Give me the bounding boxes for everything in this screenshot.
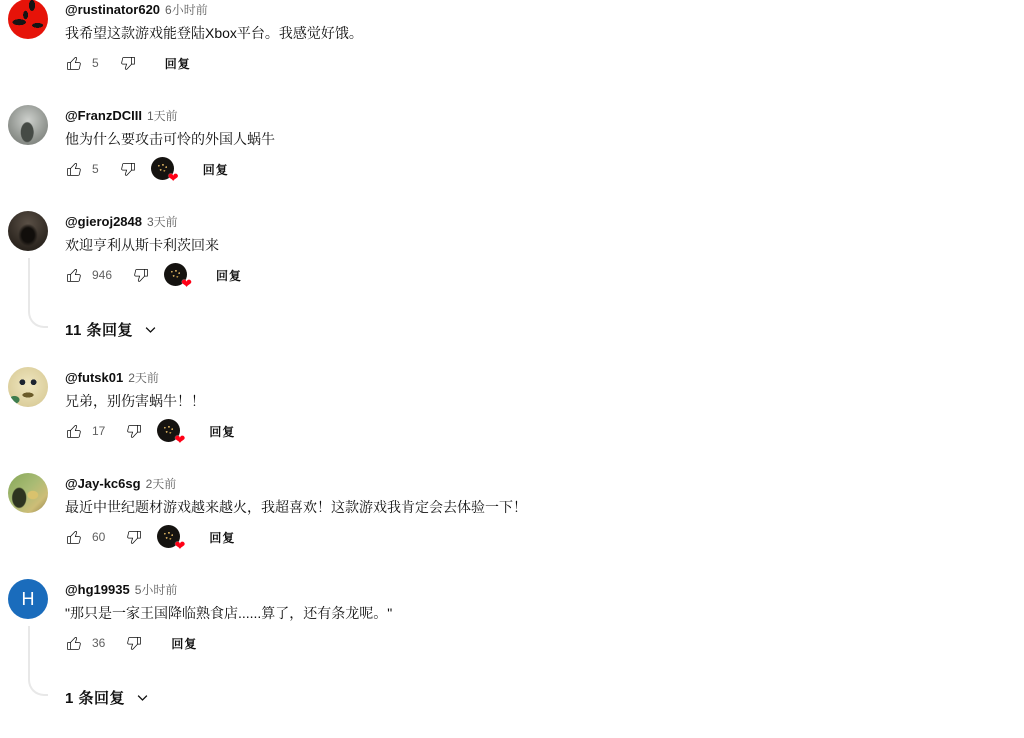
like-count: 17 xyxy=(92,424,105,438)
comment-body: @Jay-kc6sg2天前 最近中世纪题材游戏越来越火，我超喜欢！这款游戏我肯定… xyxy=(65,476,828,551)
like-count: 60 xyxy=(92,530,105,544)
dislike-button[interactable] xyxy=(119,54,137,72)
dislike-button[interactable] xyxy=(125,528,143,546)
comment-text: "那只是一家王国降临熟食店......算了，还有条龙呢。" xyxy=(65,603,828,623)
comment: H @hg199355小时前 "那只是一家王国降临熟食店......算了，还有条… xyxy=(8,582,828,678)
chevron-down-icon xyxy=(143,322,158,337)
comment-header: @Jay-kc6sg2天前 xyxy=(65,476,828,492)
commenter-avatar[interactable] xyxy=(8,473,48,513)
like-button[interactable] xyxy=(65,634,83,652)
dislike-button[interactable] xyxy=(125,422,143,440)
comment-text: 他为什么要攻击可怜的外国人蜗牛 xyxy=(65,129,828,149)
thumb-down-icon xyxy=(132,266,150,284)
comment-header: @rustinator6206小时前 xyxy=(65,2,828,18)
comment-author[interactable]: @rustinator620 xyxy=(65,2,160,17)
thumb-up-icon xyxy=(65,160,83,178)
comment-timestamp[interactable]: 5小时前 xyxy=(135,583,178,597)
comment-text: 欢迎亨利从斯卡利茨回来 xyxy=(65,235,828,255)
comment-actions: 5 回复 xyxy=(65,49,828,77)
thumb-up-icon xyxy=(65,422,83,440)
creator-heart-badge[interactable]: ❤ xyxy=(164,263,188,287)
reply-button[interactable]: 回复 xyxy=(209,529,235,546)
comment-body: @hg199355小时前 "那只是一家王国降临熟食店......算了，还有条龙呢… xyxy=(65,582,828,678)
dislike-button[interactable] xyxy=(125,634,143,652)
comment-timestamp[interactable]: 3天前 xyxy=(147,215,178,229)
comment-author[interactable]: @Jay-kc6sg xyxy=(65,476,141,491)
comment: @gieroj28483天前 欢迎亨利从斯卡利茨回来 946 ❤ 回复 11 条… xyxy=(8,214,828,339)
thumb-up-icon xyxy=(65,528,83,546)
comment-body: @FranzDCIII1天前 他为什么要攻击可怜的外国人蜗牛 5 ❤ 回复 xyxy=(65,108,828,183)
reply-button[interactable]: 回复 xyxy=(216,267,242,284)
like-button[interactable] xyxy=(65,422,83,440)
thumb-down-icon xyxy=(125,634,143,652)
creator-heart-badge[interactable]: ❤ xyxy=(157,419,181,443)
heart-icon: ❤ xyxy=(168,171,179,184)
thumb-up-icon xyxy=(65,266,83,284)
comment-timestamp[interactable]: 1天前 xyxy=(147,109,178,123)
comments-list: @rustinator6206小时前 我希望这款游戏能登陆Xbox平台。我感觉好… xyxy=(8,2,828,678)
heart-icon: ❤ xyxy=(174,539,185,552)
comment-header: @gieroj28483天前 xyxy=(65,214,828,230)
comment-body: @gieroj28483天前 欢迎亨利从斯卡利茨回来 946 ❤ 回复 11 条… xyxy=(65,214,828,339)
comment-author[interactable]: @hg19935 xyxy=(65,582,130,597)
comment-header: @hg199355小时前 xyxy=(65,582,828,598)
thumb-down-icon xyxy=(125,422,143,440)
comment-actions: 60 ❤ 回复 xyxy=(65,523,828,551)
reply-thread-line xyxy=(28,626,48,678)
replies-toggle[interactable]: 11 条回复 xyxy=(65,319,158,339)
like-count: 946 xyxy=(92,268,112,282)
reply-button[interactable]: 回复 xyxy=(171,635,197,652)
like-count: 5 xyxy=(92,56,99,70)
replies-count-label: 11 条回复 xyxy=(65,319,133,340)
like-button[interactable] xyxy=(65,160,83,178)
comment-actions: 17 ❤ 回复 xyxy=(65,417,828,445)
thumb-down-icon xyxy=(125,528,143,546)
avatar-letter: H xyxy=(22,590,35,608)
comment: @FranzDCIII1天前 他为什么要攻击可怜的外国人蜗牛 5 ❤ 回复 xyxy=(8,108,828,183)
comment-author[interactable]: @FranzDCIII xyxy=(65,108,142,123)
comment: @futsk012天前 兄弟，别伤害蜗牛！！ 17 ❤ 回复 xyxy=(8,370,828,445)
comment-text: 我希望这款游戏能登陆Xbox平台。我感觉好饿。 xyxy=(65,23,828,43)
creator-heart-badge[interactable]: ❤ xyxy=(157,525,181,549)
comment-body: @futsk012天前 兄弟，别伤害蜗牛！！ 17 ❤ 回复 xyxy=(65,370,828,445)
dislike-button[interactable] xyxy=(119,160,137,178)
reply-button[interactable]: 回复 xyxy=(203,161,229,178)
comment-author[interactable]: @gieroj2848 xyxy=(65,214,142,229)
thumb-up-icon xyxy=(65,634,83,652)
like-count: 36 xyxy=(92,636,105,650)
like-count: 5 xyxy=(92,162,99,176)
comment-text: 兄弟，别伤害蜗牛！！ xyxy=(65,391,828,411)
comment-body: @rustinator6206小时前 我希望这款游戏能登陆Xbox平台。我感觉好… xyxy=(65,2,828,77)
comment-header: @FranzDCIII1天前 xyxy=(65,108,828,124)
commenter-avatar[interactable] xyxy=(8,105,48,145)
comment-author[interactable]: @futsk01 xyxy=(65,370,123,385)
commenter-avatar[interactable] xyxy=(8,0,48,39)
comment-timestamp[interactable]: 2天前 xyxy=(146,477,177,491)
thumb-down-icon xyxy=(119,54,137,72)
thumb-down-icon xyxy=(119,160,137,178)
reply-button[interactable]: 回复 xyxy=(165,55,191,72)
comment-actions: 946 ❤ 回复 xyxy=(65,261,828,289)
commenter-avatar[interactable]: H xyxy=(8,579,48,619)
commenter-avatar[interactable] xyxy=(8,211,48,251)
thumb-up-icon xyxy=(65,54,83,72)
comment-actions: 36 回复 xyxy=(65,629,828,657)
like-button[interactable] xyxy=(65,266,83,284)
commenter-avatar[interactable] xyxy=(8,367,48,407)
heart-icon: ❤ xyxy=(174,433,185,446)
like-button[interactable] xyxy=(65,54,83,72)
reply-thread-line xyxy=(28,258,48,328)
comment-timestamp[interactable]: 6小时前 xyxy=(165,3,208,17)
dislike-button[interactable] xyxy=(132,266,150,284)
comment-timestamp[interactable]: 2天前 xyxy=(128,371,159,385)
heart-icon: ❤ xyxy=(181,277,192,290)
comment: @Jay-kc6sg2天前 最近中世纪题材游戏越来越火，我超喜欢！这款游戏我肯定… xyxy=(8,476,828,551)
comment-text: 最近中世纪题材游戏越来越火，我超喜欢！这款游戏我肯定会去体验一下！ xyxy=(65,497,828,517)
comment: @rustinator6206小时前 我希望这款游戏能登陆Xbox平台。我感觉好… xyxy=(8,2,828,77)
like-button[interactable] xyxy=(65,528,83,546)
comment-header: @futsk012天前 xyxy=(65,370,828,386)
creator-heart-badge[interactable]: ❤ xyxy=(151,157,175,181)
reply-button[interactable]: 回复 xyxy=(209,423,235,440)
comment-actions: 5 ❤ 回复 xyxy=(65,155,828,183)
